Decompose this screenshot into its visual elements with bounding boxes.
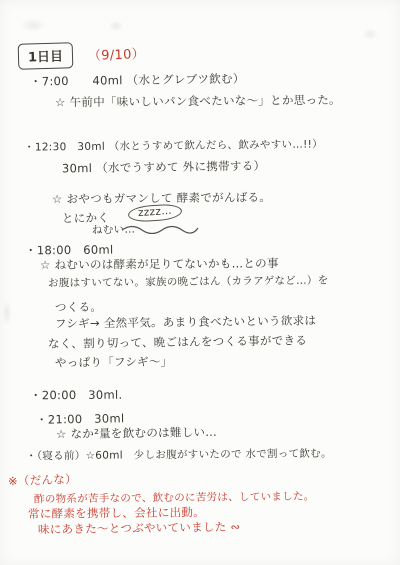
note-hard-to-drink: ☆ なか²量を飲むのは難しい… — [56, 426, 217, 442]
note-family-dinner: お腹はすいてない。家族の晩ごはん（カラアゲなど…）を — [48, 275, 329, 291]
note-tsukuru: つくる。 — [55, 301, 102, 315]
entry-bedtime: ・（寝る前）☆60ml 少しお腹がすいたので 水で割って飲む。 — [26, 448, 332, 463]
spouse-note-line-1: 酢の物系が苦手なので、飲むのに苦労は、していました。 — [34, 491, 315, 507]
note-nemui: ねむい… — [92, 224, 135, 237]
day-title-box: 1日目 — [18, 42, 74, 69]
zzz-bubble: zzzz… — [128, 203, 183, 222]
note-fushigi-2: なく、割り切って、晩ごはんをつくる事ができる — [48, 334, 307, 351]
entry-2100: ・21:00 30ml — [36, 412, 125, 427]
spouse-note-heading: ※（だんな） — [8, 473, 77, 489]
note-fushigi-3: やっぱり「フシギ〜」 — [55, 355, 173, 370]
date-label: （9/10） — [88, 47, 146, 65]
paper-smudge — [108, 20, 124, 32]
spouse-note-line-2: 常に酵素を携帯し、会社に出動。 — [28, 506, 205, 522]
note-enzyme-shortage: ☆ ねむいのは酵素が足りてないかも…との事 — [40, 257, 279, 272]
note-fushigi-1: フシギ→ 全然平気。あまり食べたいという欲求は — [55, 314, 316, 331]
entry-1230: ・12:30 30ml （水とうすめて飲んだら、飲みやすい…!!） — [24, 138, 323, 154]
spouse-note-line-3: 味にあきた〜とつぶやいていました ∾ — [38, 521, 241, 538]
handwritten-note-page: 1日目 （9/10） ・7:00 40ml （水とグレブツ飲む） ☆ 午前中「味… — [0, 0, 400, 565]
entry-0700: ・7:00 40ml （水とグレブツ飲む） — [30, 73, 245, 90]
paper-smudge — [362, 28, 378, 40]
entry-1800: ・18:00 60ml — [25, 244, 114, 259]
entry-2000: ・20:00 30ml. — [30, 389, 123, 403]
paper-smudge — [20, 18, 46, 32]
entry-1230-second: 30ml （水でうすめて 外に携帯する） — [62, 160, 266, 177]
note-morning-thought: ☆ 午前中「味いしいパン食べたいな〜」とか思った。 — [55, 94, 341, 110]
paper-smudge — [2, 300, 12, 326]
